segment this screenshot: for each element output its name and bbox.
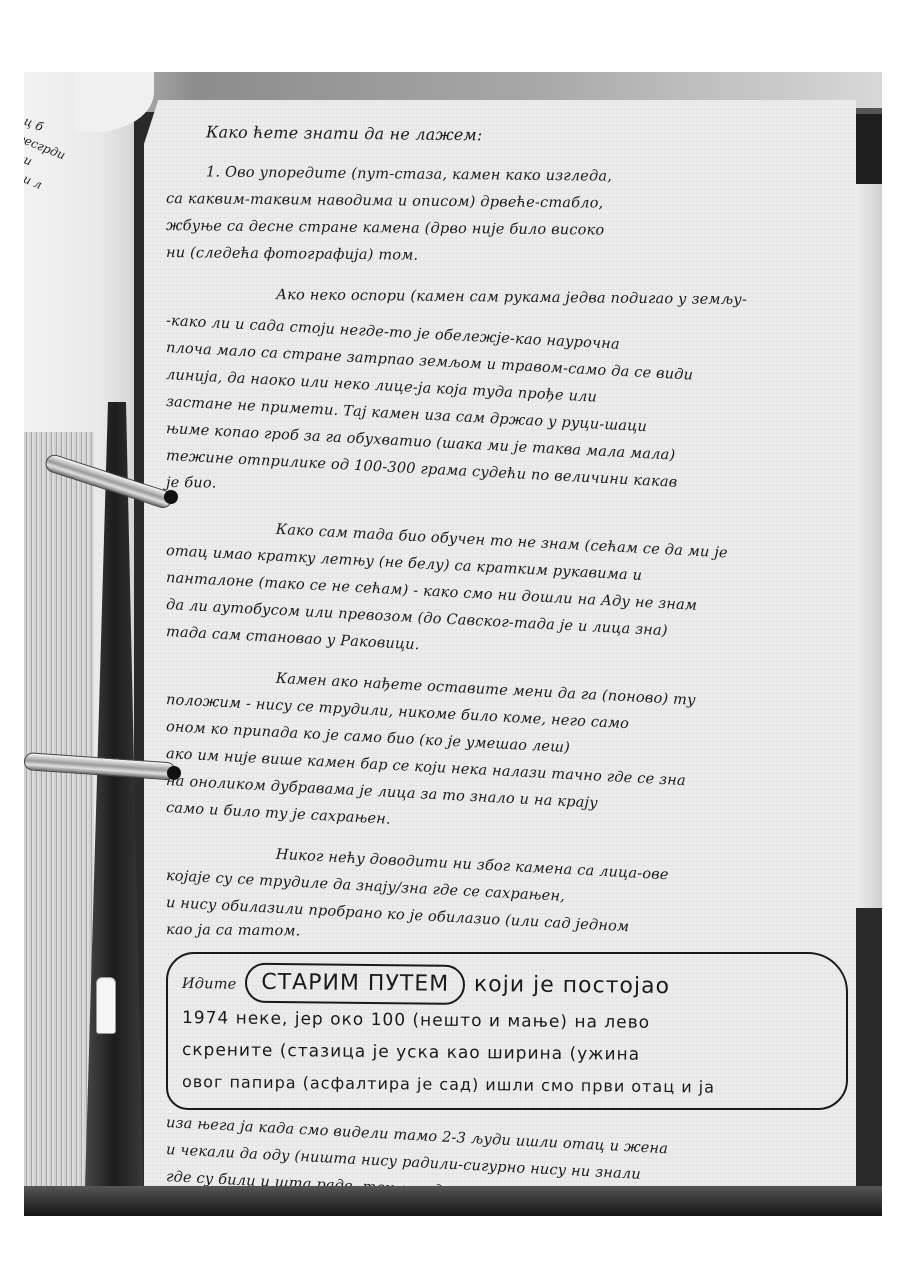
handwritten-page: Како ћете знати да не лажем: 1. Ово упор… — [144, 100, 856, 1198]
handwritten-text: Како ћете знати да не лажем: 1. Ово упор… — [166, 118, 846, 1191]
right-page-edge — [856, 108, 882, 908]
binder-tab — [96, 977, 116, 1034]
paragraph-2: Ако неко оспори (камен сам рукама једва … — [166, 281, 846, 497]
ring-end-lower — [167, 766, 181, 780]
binder-photo: ц б ресгрди изи ц Ј и л зел ме(?) з5 л- … — [24, 72, 882, 1216]
paragraph-3: Како сам тада био обучен то не знам (сећ… — [166, 511, 846, 646]
text-line: ни (следећа фотографија) том. — [166, 240, 846, 274]
boxed-directions-note: Идите СТАРИМ ПУТЕМ који је постојао 1974… — [166, 952, 848, 1110]
text-line: је био. — [166, 470, 846, 504]
bottom-shadow — [24, 1186, 882, 1216]
page-curl — [74, 72, 154, 132]
text-line: овог папира (асфалтира је сад) ишли смо … — [182, 1066, 832, 1105]
margin-notes: ц б ресгрди изи ц Ј и л зел ме(?) з5 л- — [24, 112, 117, 265]
circled-phrase: СТАРИМ ПУТЕМ — [245, 963, 465, 1005]
paragraph-4: Камен ако нађете оставите мени да га (по… — [166, 660, 846, 822]
binder-cover-corner — [856, 108, 882, 184]
paragraph-1: 1. Ово упоредите (пут-стаза, камен како … — [166, 159, 846, 267]
text-line: као ја са татом. — [166, 917, 846, 951]
boxed-after-circled: који је постојао — [474, 972, 670, 999]
ring-end-upper — [164, 490, 178, 504]
text-line: Ако неко оспори (камен сам рукама једва … — [166, 281, 846, 315]
page-stack-edge — [24, 432, 94, 1212]
boxed-lead: Идите — [182, 976, 237, 993]
page-title: Како ћете знати да не лажем: — [166, 118, 846, 152]
